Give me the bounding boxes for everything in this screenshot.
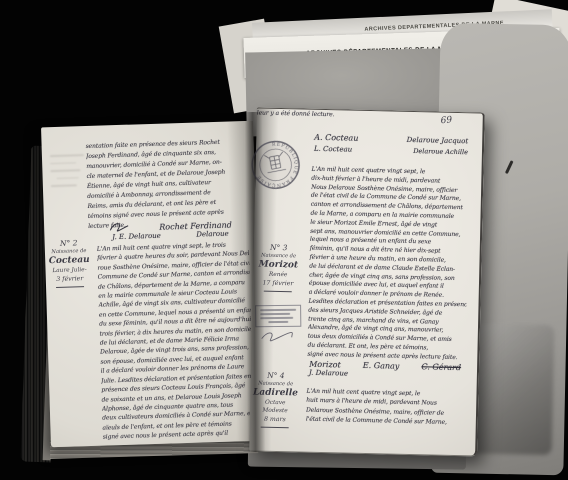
closing-line: leur y a été donné lecture. [257, 108, 407, 121]
margin-rule [56, 286, 84, 288]
margin-note-act4: N° 4 Naissance de Ladirelle Octave Modes… [252, 370, 299, 428]
signature-flourish-icon [108, 221, 130, 234]
act-given-name: Octave Modeste [252, 398, 298, 415]
signature-struck: C. Gérard [421, 362, 461, 372]
signature: A. Cocteau [314, 133, 358, 143]
previous-act-signatures: Rochet Ferdinand J. E. Delaroue Delaroue [94, 217, 247, 242]
act-surname: Morizot [255, 259, 301, 271]
margin-rule [264, 291, 292, 293]
signature: Delaroue Achille [413, 147, 468, 156]
republique-francaise-seal: RÉPUBLIQUE FRANÇAISE [245, 135, 306, 196]
signature: L. Cocteau [314, 145, 352, 154]
act3-text: L'An mil huit cent quatre vingt sept, le… [307, 166, 469, 363]
signature: Delaroue Jacquot [407, 136, 469, 145]
margin-rule [261, 427, 289, 429]
signature: J. Delaroue [309, 369, 348, 378]
archive-register-photo: ARCHIVES DÉPARTEMENTALES DE LA MARNE ARC… [0, 0, 568, 480]
right-page: 69 leur y a été donné lecture. A. Coctea… [249, 107, 485, 456]
act3-signatures: Morizot E. Ganay C. Gérard J. Delaroue [309, 360, 461, 380]
act-date: 8 mars [252, 414, 298, 424]
act2-signatures: A. Cocteau Delaroue Jacquot L. Cocteau D… [314, 133, 468, 159]
act2-text: L'An mil huit cent quatre vingt sept, le… [97, 240, 255, 442]
act-date: 3 février [48, 274, 92, 284]
margin-note-act2: N° 2 Naissance de Cocteau Laure Julie- 3… [47, 238, 93, 288]
left-page: sentation faite en présence des sieurs R… [41, 121, 263, 448]
folio-number: 69 [440, 115, 452, 126]
marginal-mention-stamp [255, 305, 301, 328]
ink-bleed-through [48, 148, 88, 229]
folder-crease-mark [505, 160, 514, 174]
signature: E. Ganay [363, 361, 400, 371]
signature: J. E. Delaroue [112, 232, 161, 242]
act-surname: Ladirelle [252, 387, 298, 399]
margin-signature-flourish-icon [260, 329, 294, 344]
act-date: 17 février [255, 278, 301, 288]
margin-note-act3: N° 3 Naissance de Morizot Renée 17 févri… [255, 242, 302, 292]
act4-text: L'An mil huit cent quatre vingt sept, le… [306, 387, 465, 428]
signature: Delaroue [196, 230, 229, 239]
